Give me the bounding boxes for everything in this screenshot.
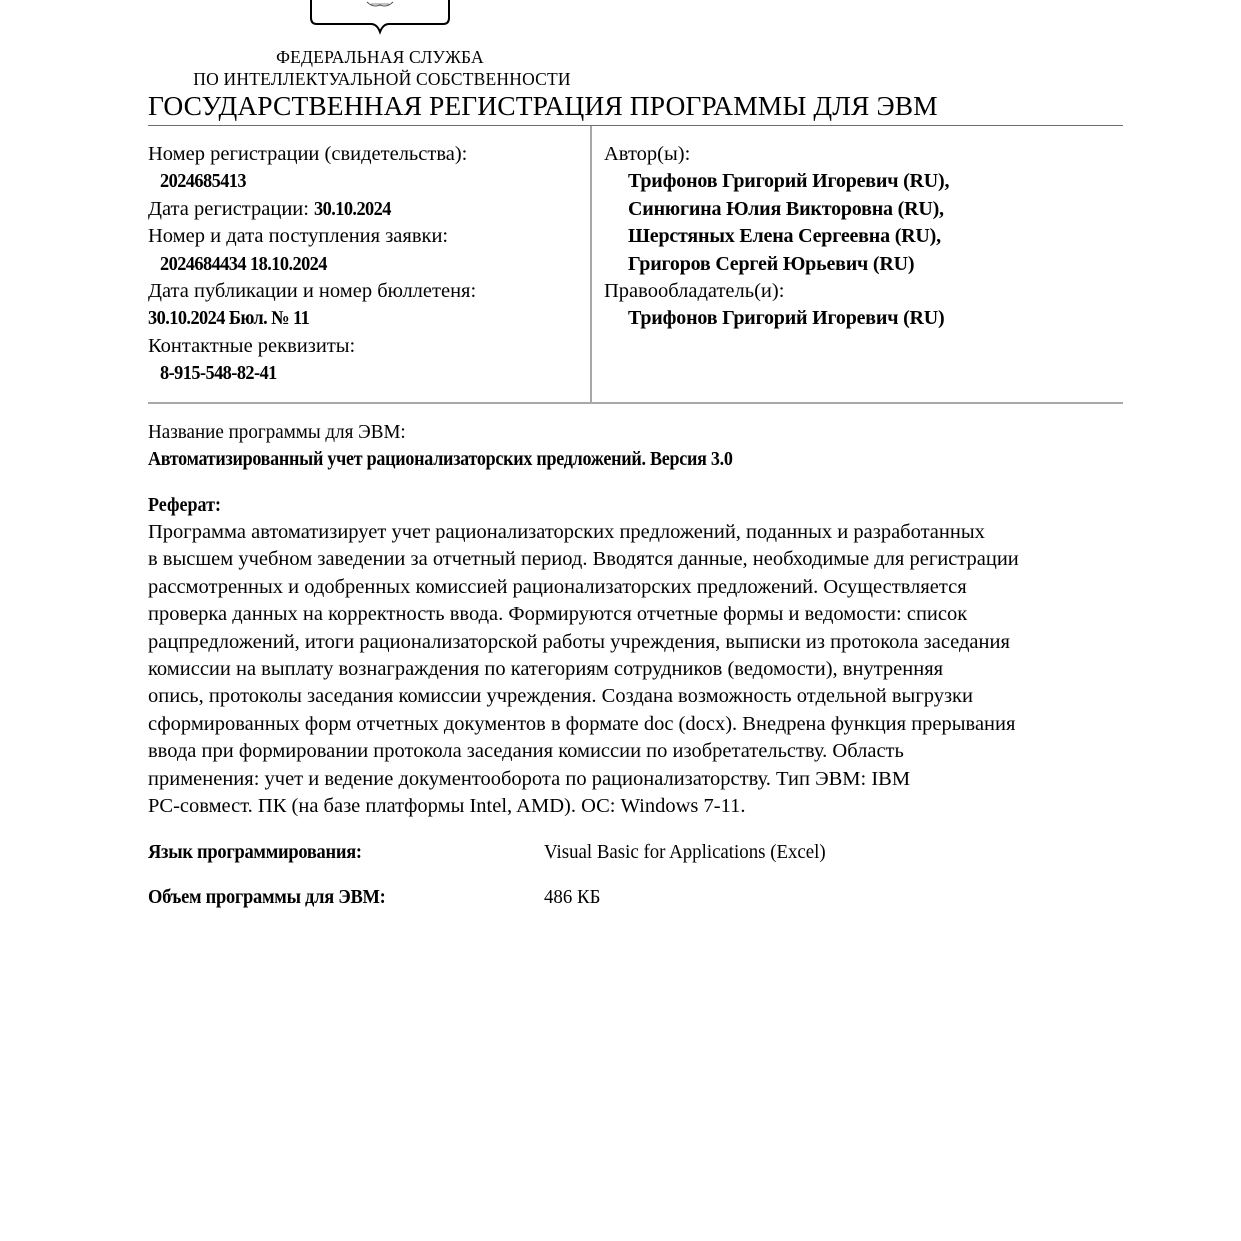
program-size-label: Объем программы для ЭВМ: <box>148 884 386 911</box>
program-size-value: 486 КБ <box>544 884 600 911</box>
authors-label: Автор(ы): <box>604 141 1124 168</box>
header-divider <box>148 125 1123 126</box>
abstract-line: в высшем учебном заведении за отчетный п… <box>148 546 1128 573</box>
registration-date-label: Дата регистрации: <box>148 198 309 220</box>
abstract-line: рассмотренных и одобренных комиссией рац… <box>148 574 1128 601</box>
publication-value: 30.10.2024 Бюл. № 11 <box>148 305 309 332</box>
abstract-line: Программа автоматизирует учет рационализ… <box>148 519 1128 546</box>
coat-of-arms-shield-icon <box>309 0 451 36</box>
abstract-line: опись, протоколы заседания комиссии учре… <box>148 683 1128 710</box>
abstract-text: Программа автоматизирует учет рационализ… <box>148 519 1128 820</box>
application-value: 2024684434 18.10.2024 <box>160 251 327 278</box>
abstract-line: сформированных форм отчетных документов … <box>148 711 1128 738</box>
registration-number-label: Номер регистрации (свидетельства): <box>148 141 588 168</box>
holder-item: Трифонов Григорий Игоревич (RU) <box>604 305 1124 332</box>
author-item: Трифонов Григорий Игоревич (RU), <box>604 168 1124 195</box>
program-name-value: Автоматизированный учет рационализаторск… <box>148 446 1010 473</box>
author-item: Григоров Сергей Юрьевич (RU) <box>604 251 1124 278</box>
programming-language-label: Язык программирования: <box>148 839 362 866</box>
agency-name-line2: ПО ИНТЕЛЛЕКТУАЛЬНОЙ СОБСТВЕННОСТИ <box>152 69 612 89</box>
abstract-line: применения: учет и ведение документообор… <box>148 766 1128 793</box>
author-item: Шерстяных Елена Сергеевна (RU), <box>604 223 1124 250</box>
application-label: Номер и дата поступления заявки: <box>148 223 588 250</box>
abstract-line: ввода при формировании протокола заседан… <box>148 738 1128 765</box>
program-name-label: Название программы для ЭВМ: <box>148 419 1059 446</box>
holders-label: Правообладатель(и): <box>604 278 1124 305</box>
abstract-line: комиссии на выплату вознаграждения по ка… <box>148 656 1128 683</box>
contacts-label: Контактные реквизиты: <box>148 333 588 360</box>
registration-date-value: 30.10.2024 <box>314 196 391 223</box>
publication-label: Дата публикации и номер бюллетеня: <box>148 278 588 305</box>
abstract-label: Реферат: <box>148 492 1010 519</box>
registration-number-value: 2024685413 <box>160 168 246 195</box>
abstract-line: PC-совмест. ПК (на базе платформы Intel,… <box>148 793 1128 820</box>
document-title: ГОСУДАРСТВЕННАЯ РЕГИСТРАЦИЯ ПРОГРАММЫ ДЛ… <box>148 89 938 123</box>
registration-info: Номер регистрации (свидетельства): 20246… <box>148 141 588 388</box>
abstract-line: проверка данных на корректность ввода. Ф… <box>148 601 1128 628</box>
contacts-value: 8-915-548-82-41 <box>160 360 277 387</box>
abstract-line: рацпредложений, итоги рационализаторской… <box>148 629 1128 656</box>
programming-language-value: Visual Basic for Applications (Excel) <box>544 839 826 866</box>
column-divider <box>590 126 592 403</box>
agency-name-line1: ФЕДЕРАЛЬНАЯ СЛУЖБА <box>150 47 610 67</box>
author-item: Синюгина Юлия Викторовна (RU), <box>604 196 1124 223</box>
info-block-divider <box>148 402 1123 404</box>
parties-info: Автор(ы): Трифонов Григорий Игоревич (RU… <box>604 141 1124 333</box>
registration-date-row: Дата регистрации: 30.10.2024 <box>148 196 588 223</box>
